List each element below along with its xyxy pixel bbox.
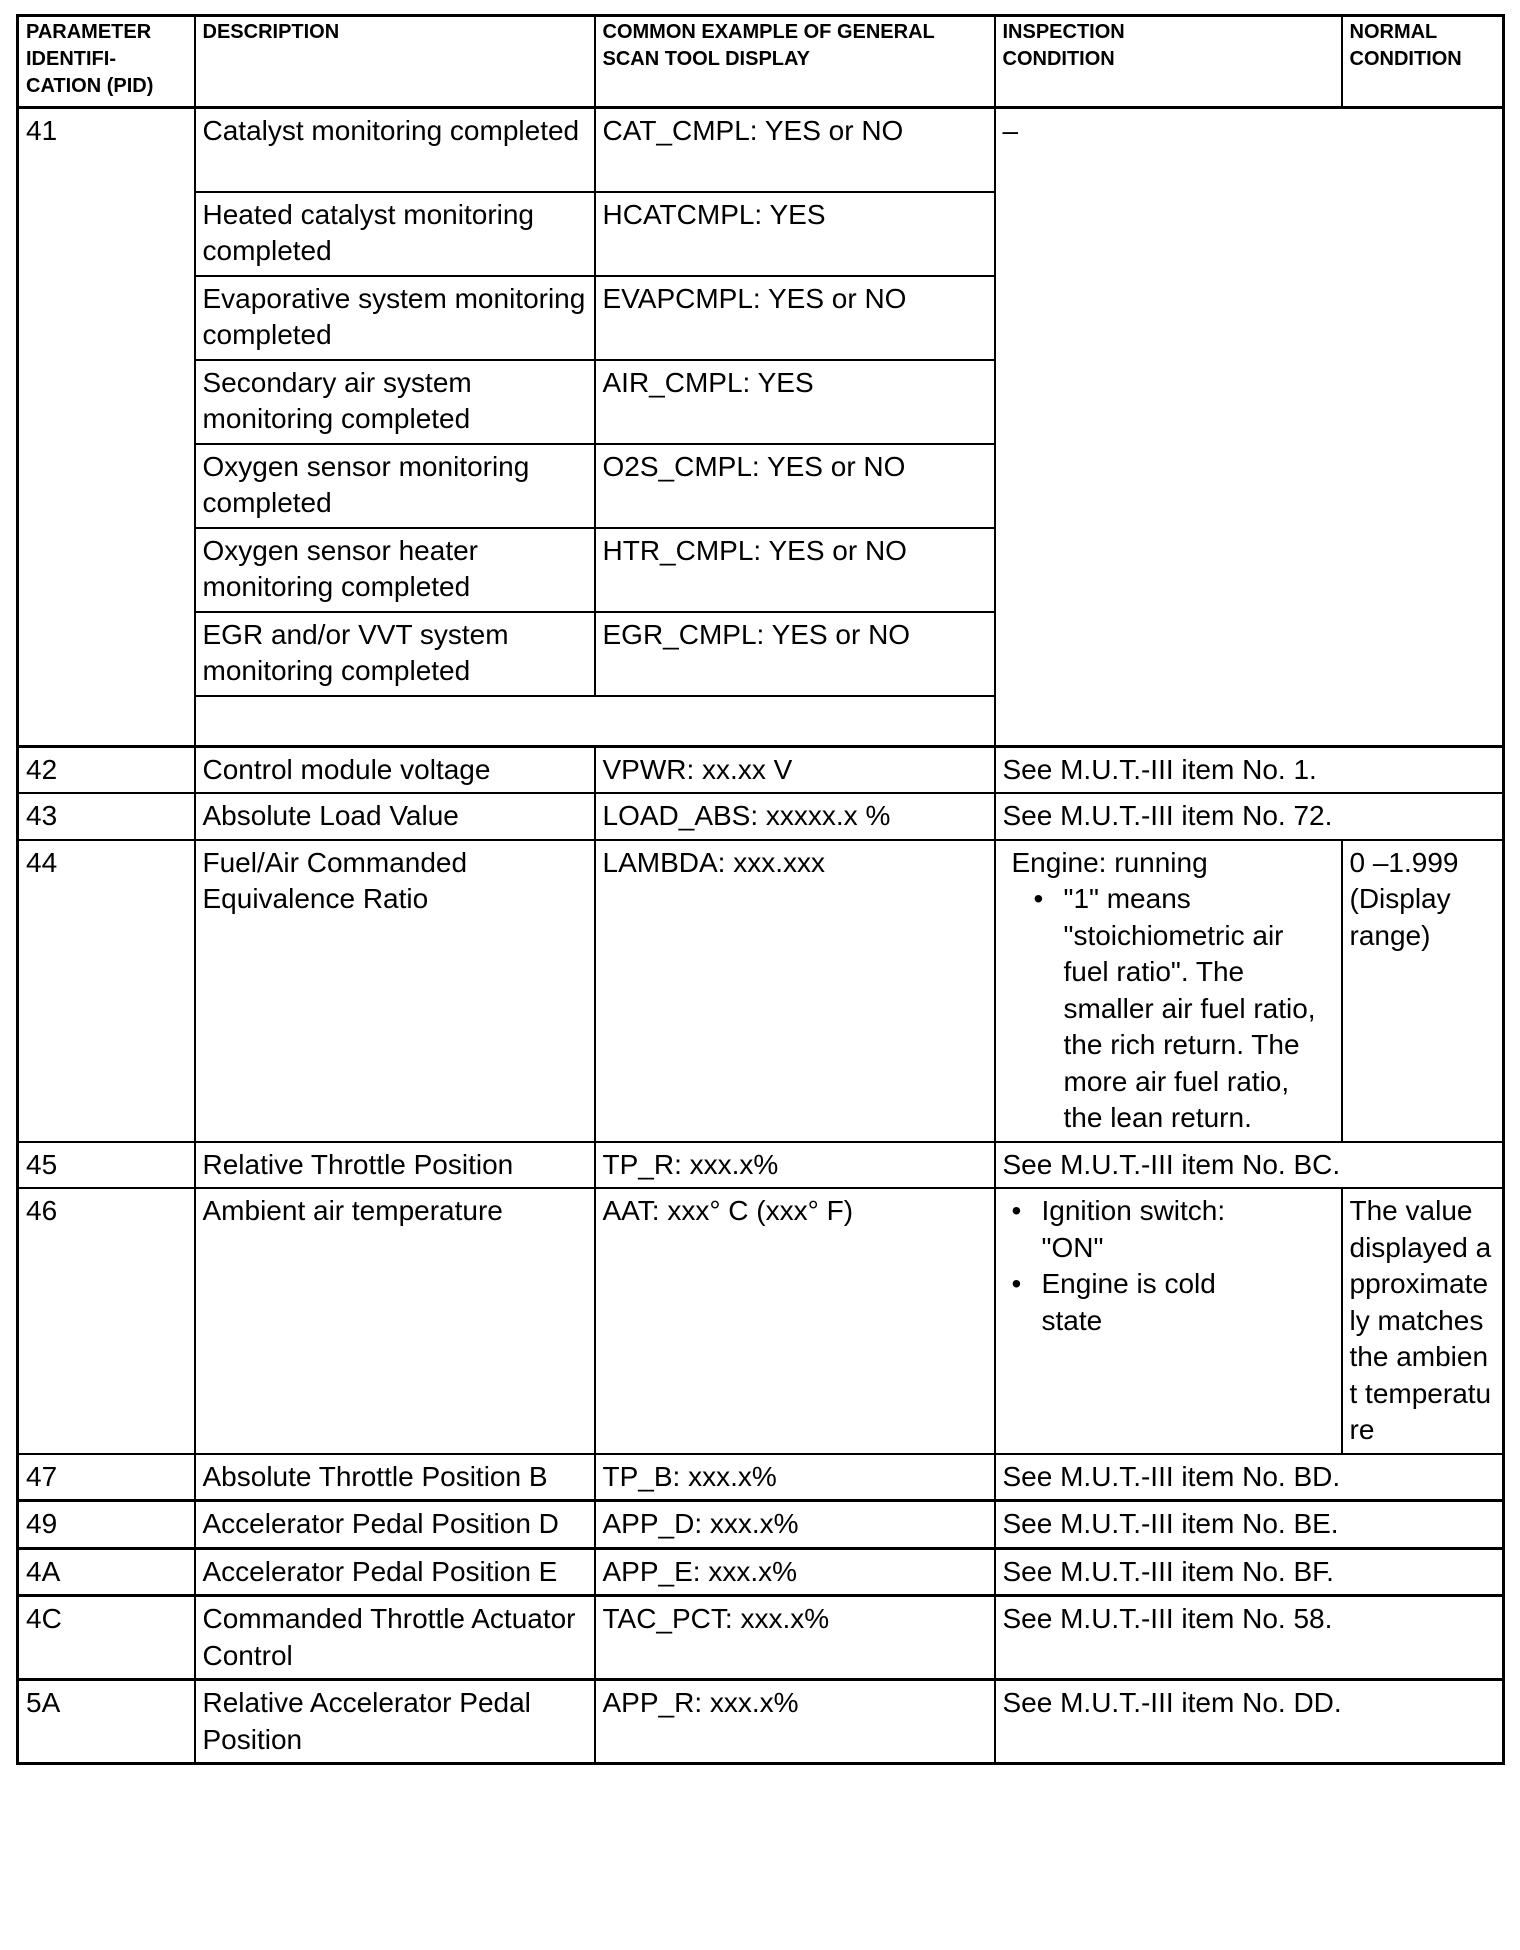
header-normal: NORMAL CONDITION (1342, 16, 1504, 108)
table-row-5A: 5A Relative Accelerator Pedal Position A… (18, 1680, 1504, 1764)
inspection-cell: See M.U.T.-III item No. BC. (995, 1142, 1504, 1189)
description-cell: Absolute Throttle Position B (195, 1454, 595, 1501)
inspection-cell: Ignition switch: "ON" Engine is cold sta… (995, 1188, 1342, 1454)
description-cell: Fuel/Air Commanded Equivalence Ratio (195, 840, 595, 1142)
description-cell: EGR and/or VVT system monitoring complet… (195, 612, 595, 696)
description-cell: Accelerator Pedal Position D (195, 1501, 595, 1549)
header-pid: PARAMETER IDENTIFI- CATION (PID) (18, 16, 195, 108)
table-row-42: 42 Control module voltage VPWR: xx.xx V … (18, 746, 1504, 793)
description-cell: Evaporative system monitoring completed (195, 276, 595, 360)
inspection-cell: See M.U.T.-III item No. DD. (995, 1680, 1504, 1764)
header-pid-line: CATION (PID) (26, 75, 153, 97)
display-cell: TAC_PCT: xxx.x% (595, 1596, 995, 1680)
header-inspection-line: INSPECTION (1003, 21, 1125, 43)
inspection-cell: Engine: running "1" means "stoichiometri… (995, 840, 1342, 1142)
description-cell: Ambient air temperature (195, 1188, 595, 1454)
display-cell: TP_R: xxx.x% (595, 1142, 995, 1189)
description-cell: Accelerator Pedal Position E (195, 1548, 595, 1596)
pid-cell: 49 (18, 1501, 195, 1549)
table-row-47: 47 Absolute Throttle Position B TP_B: xx… (18, 1454, 1504, 1501)
display-cell: LAMBDA: xxx.xxx (595, 840, 995, 1142)
table-row-4A: 4A Accelerator Pedal Position E APP_E: x… (18, 1548, 1504, 1596)
empty-cell (195, 696, 995, 747)
display-cell: LOAD_ABS: xxxxx.x % (595, 793, 995, 840)
header-pid-line: IDENTIFI- (26, 48, 116, 70)
display-cell: AAT: xxx° C (xxx° F) (595, 1188, 995, 1454)
description-cell: Oxygen sensor heater monitoring complete… (195, 528, 595, 612)
description-cell: Relative Throttle Position (195, 1142, 595, 1189)
description-cell: Absolute Load Value (195, 793, 595, 840)
inspection-title: Engine: running (1012, 845, 1333, 882)
inspection-bullets: Ignition switch: "ON" Engine is cold sta… (1012, 1193, 1333, 1339)
description-cell: Secondary air system monitoring complete… (195, 360, 595, 444)
header-row: PARAMETER IDENTIFI- CATION (PID) DESCRIP… (18, 16, 1504, 108)
pid-cell: 45 (18, 1142, 195, 1189)
inspection-cell: See M.U.T.-III item No. 1. (995, 746, 1504, 793)
table-row-43: 43 Absolute Load Value LOAD_ABS: xxxxx.x… (18, 793, 1504, 840)
inspection-cell: See M.U.T.-III item No. 72. (995, 793, 1504, 840)
pid-cell: 43 (18, 793, 195, 840)
pid-cell: 47 (18, 1454, 195, 1501)
pid-cell: 4A (18, 1548, 195, 1596)
display-cell: CAT_CMPL: YES or NO (595, 108, 995, 192)
display-cell: AIR_CMPL: YES (595, 360, 995, 444)
display-cell: APP_E: xxx.x% (595, 1548, 995, 1596)
pid-cell: 5A (18, 1680, 195, 1764)
pid-cell: 4C (18, 1596, 195, 1680)
header-display: COMMON EXAMPLE OF GENERAL SCAN TOOL DISP… (595, 16, 995, 108)
header-normal-line: CONDITION (1350, 48, 1462, 70)
inspection-cell: See M.U.T.-III item No. BE. (995, 1501, 1504, 1549)
pid-table: PARAMETER IDENTIFI- CATION (PID) DESCRIP… (16, 14, 1505, 1765)
display-cell: EGR_CMPL: YES or NO (595, 612, 995, 696)
dash-text: – (1003, 115, 1019, 146)
inspection-bullet: Ignition switch: "ON" (1012, 1193, 1243, 1266)
header-normal-line: NORMAL (1350, 21, 1438, 43)
display-cell: VPWR: xx.xx V (595, 746, 995, 793)
description-cell: Catalyst monitoring completed (195, 108, 595, 192)
pid-cell: 44 (18, 840, 195, 1142)
inspection-cell: See M.U.T.-III item No. 58. (995, 1596, 1504, 1680)
display-cell: APP_R: xxx.x% (595, 1680, 995, 1764)
table-row-44: 44 Fuel/Air Commanded Equivalence Ratio … (18, 840, 1504, 1142)
display-cell: HCATCMPL: YES (595, 192, 995, 276)
inspection-cell: – (995, 108, 1504, 747)
description-cell: Heated catalyst monitoring completed (195, 192, 595, 276)
table-row-45: 45 Relative Throttle Position TP_R: xxx.… (18, 1142, 1504, 1189)
inspection-bullet: "1" means "stoichiometric air fuel ratio… (1034, 881, 1333, 1137)
display-cell: EVAPCMPL: YES or NO (595, 276, 995, 360)
header-display-line: SCAN TOOL DISPLAY (603, 48, 810, 70)
pid-cell: 46 (18, 1188, 195, 1454)
display-cell: O2S_CMPL: YES or NO (595, 444, 995, 528)
display-cell: TP_B: xxx.x% (595, 1454, 995, 1501)
table-row-4C: 4C Commanded Throttle Actuator Control T… (18, 1596, 1504, 1680)
table-row-41: 41 Catalyst monitoring completed CAT_CMP… (18, 108, 1504, 192)
header-inspection: INSPECTION CONDITION (995, 16, 1342, 108)
header-pid-line: PARAMETER (26, 21, 151, 43)
inspection-bullet: Engine is cold state (1012, 1266, 1243, 1339)
table-row-46: 46 Ambient air temperature AAT: xxx° C (… (18, 1188, 1504, 1454)
header-inspection-line: CONDITION (1003, 48, 1115, 70)
header-description: DESCRIPTION (195, 16, 595, 108)
pid-cell: 41 (18, 108, 195, 747)
description-cell: Oxygen sensor monitoring completed (195, 444, 595, 528)
normal-cell: 0 –1.999 (Display range) (1342, 840, 1504, 1142)
inspection-cell: See M.U.T.-III item No. BF. (995, 1548, 1504, 1596)
inspection-bullets: "1" means "stoichiometric air fuel ratio… (1012, 881, 1333, 1137)
pid-cell: 42 (18, 746, 195, 793)
table-row-49: 49 Accelerator Pedal Position D APP_D: x… (18, 1501, 1504, 1549)
header-display-line: COMMON EXAMPLE OF GENERAL (603, 21, 935, 43)
display-cell: HTR_CMPL: YES or NO (595, 528, 995, 612)
description-cell: Relative Accelerator Pedal Position (195, 1680, 595, 1764)
description-cell: Commanded Throttle Actuator Control (195, 1596, 595, 1680)
description-cell: Control module voltage (195, 746, 595, 793)
inspection-cell: See M.U.T.-III item No. BD. (995, 1454, 1504, 1501)
display-cell: APP_D: xxx.x% (595, 1501, 995, 1549)
normal-cell: The value displayed approximately matche… (1342, 1188, 1504, 1454)
